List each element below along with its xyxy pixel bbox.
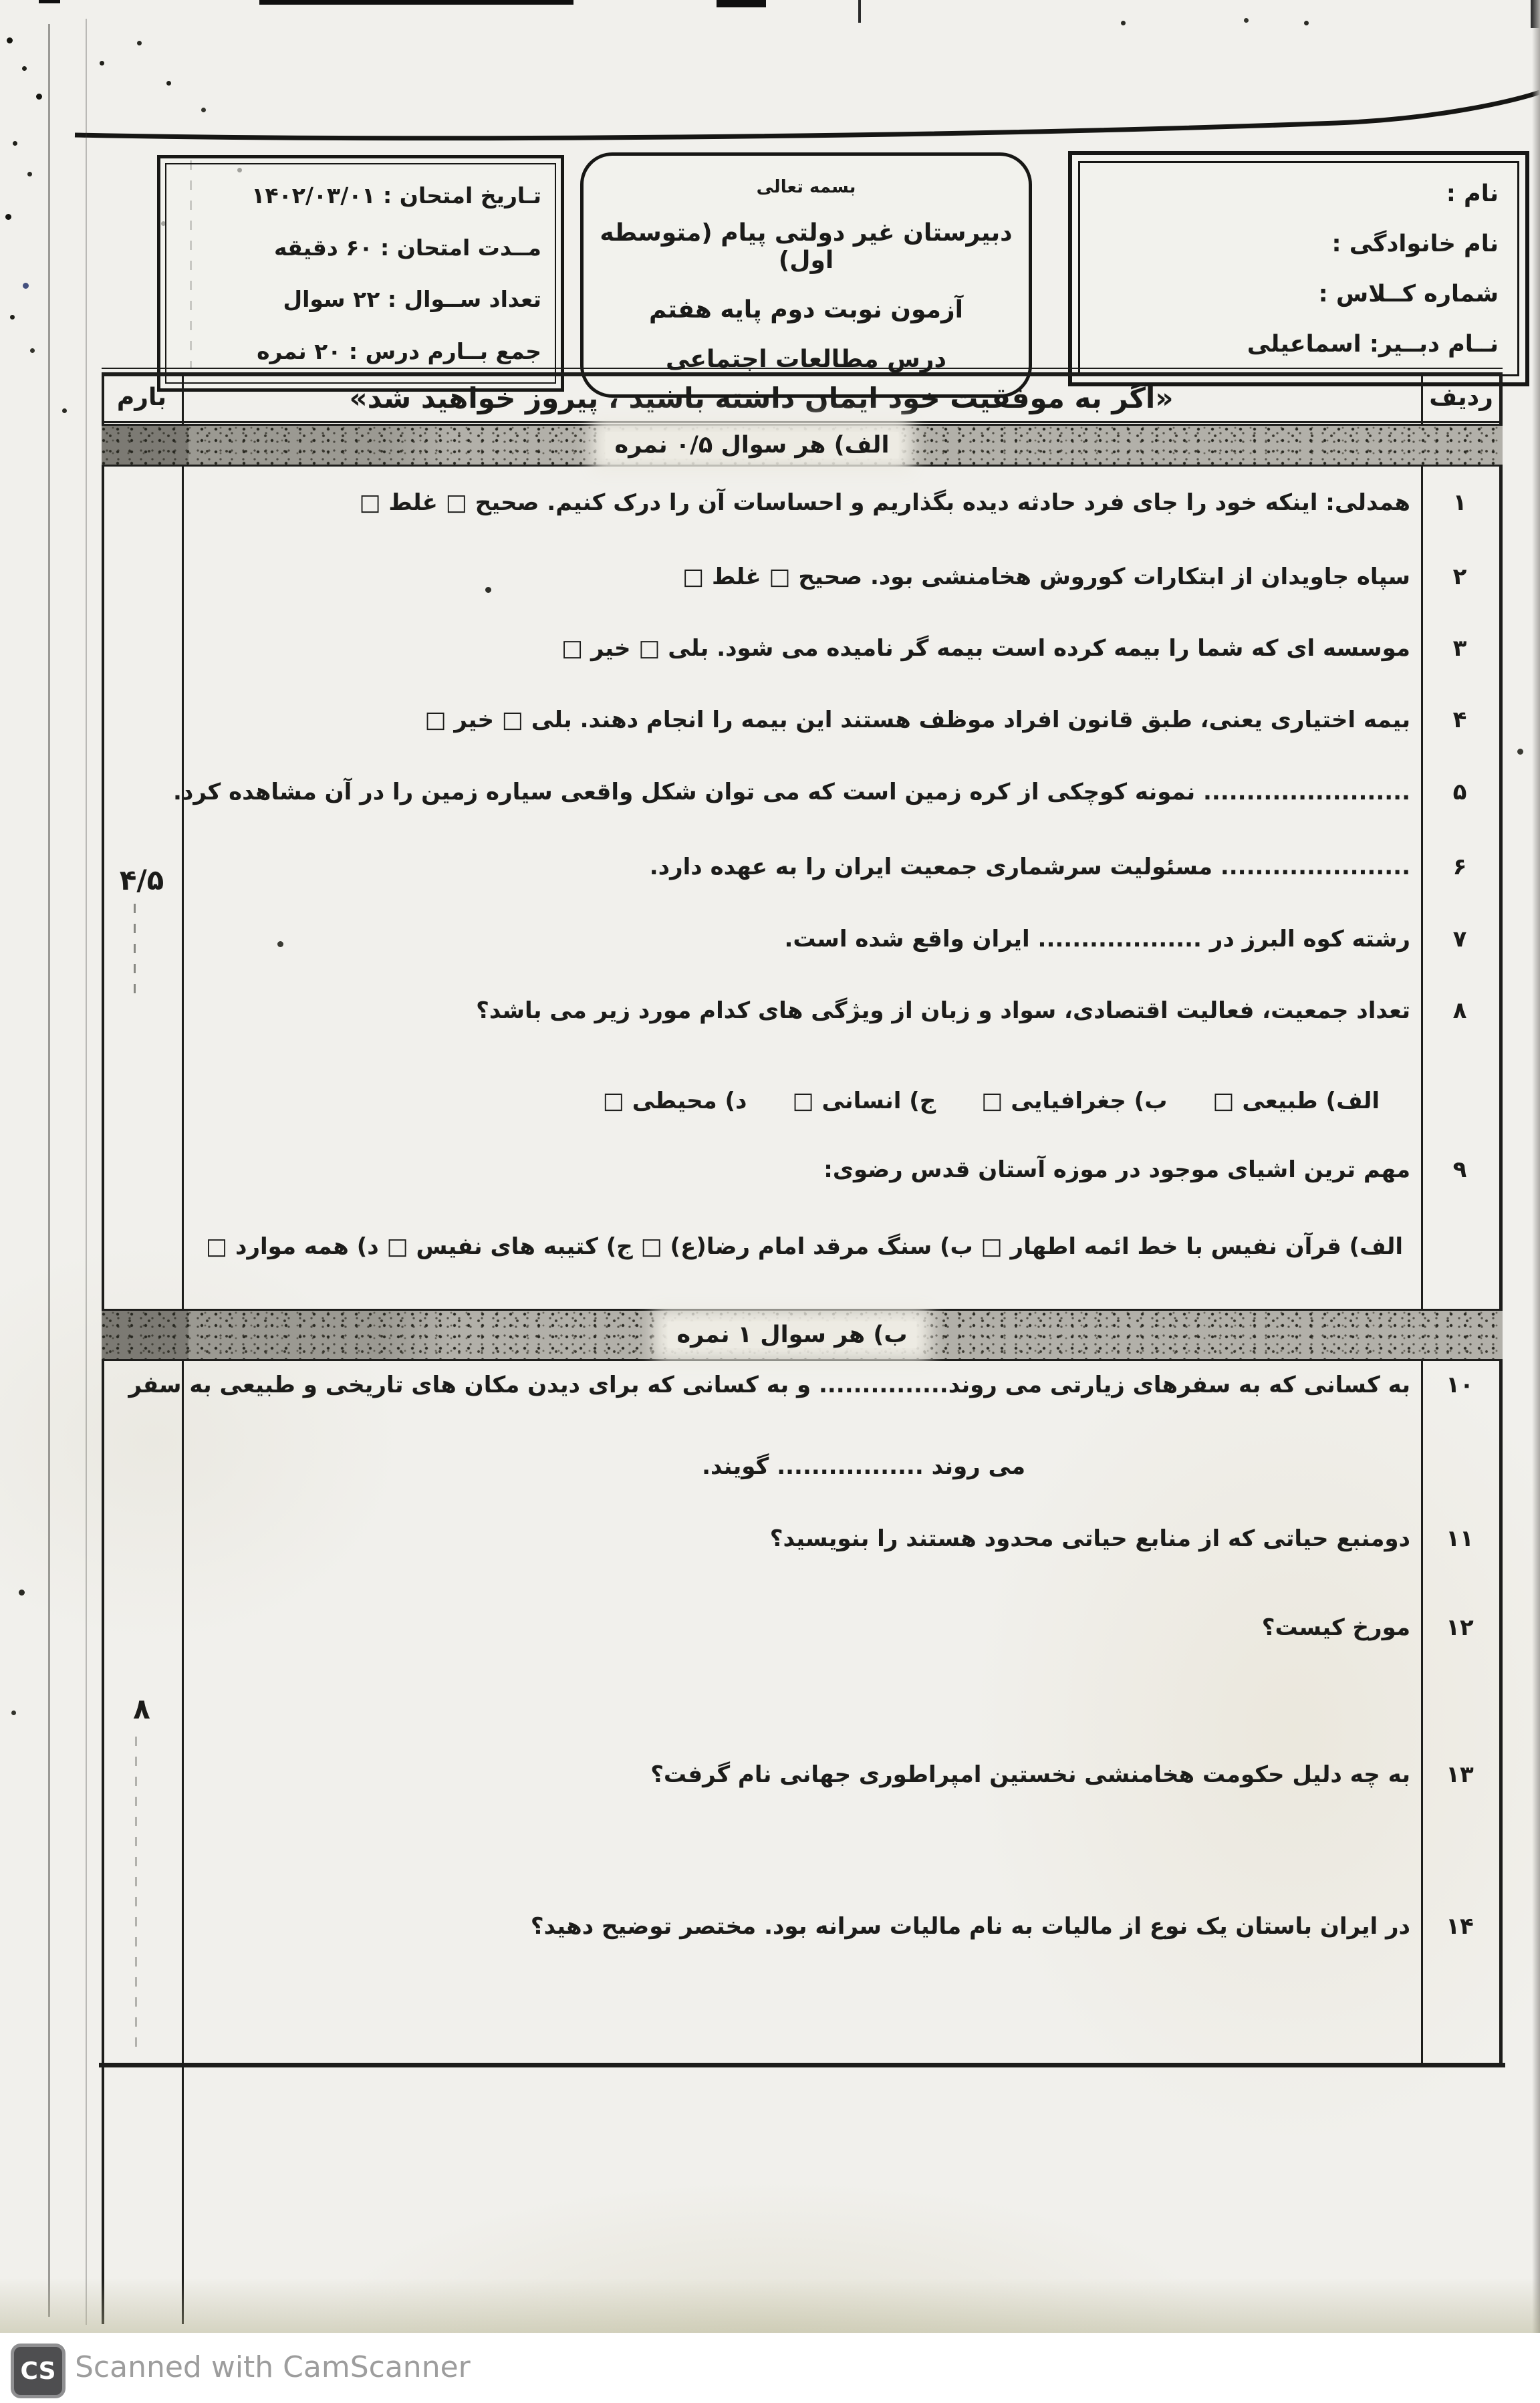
section-a-score: ۴/۵ — [102, 864, 182, 896]
question-8-text: تعداد جمعیت، فعالیت اقتصادی، سواد و زبان… — [476, 997, 1410, 1024]
question-12-number: ۱۲ — [1420, 1614, 1500, 1641]
scan-noise-specks — [0, 0, 3, 3]
table-border — [102, 368, 1503, 369]
scan-edge-mark — [39, 0, 60, 3]
question-8-options: الف) طبیعی □ ب) جغرافیایی □ ج) انسانی □ … — [603, 1088, 1380, 1114]
question-13-text: به چه دلیل حکومت هخامنشی نخستین امپراطور… — [650, 1761, 1410, 1788]
question-8-number: ۸ — [1420, 997, 1500, 1024]
section-a-band: الف) هر سوال ۰/۵ نمره — [102, 424, 1503, 467]
motto-text: «اگر به موفقیت خود ایمان داشته باشید ، پ… — [142, 374, 1381, 421]
section-b-title: ب) هر سوال ۱ نمره — [667, 1321, 916, 1348]
camscanner-bar: CS Scanned with CamScanner — [0, 2333, 1540, 2403]
scan-fold-line — [48, 24, 50, 2317]
camscanner-text: Scanned with CamScanner — [75, 2350, 471, 2384]
class-number-label: شماره کــلاس : — [1099, 281, 1499, 307]
exam-duration: مــدت امتحان : ۶۰ دقیقه — [180, 235, 541, 261]
question-11-text: دومنبع حیاتی که از منابع حیاتی محدود هست… — [770, 1525, 1410, 1552]
section-a-title: الف) هر سوال ۰/۵ نمره — [606, 432, 899, 459]
question-1-text: همدلی: اینکه خود را جای فرد حادثه دیده ب… — [359, 489, 1410, 516]
section-b-score: ۸ — [102, 1692, 182, 1725]
table-border — [1499, 372, 1503, 2065]
scan-right-shadow — [1532, 0, 1540, 2333]
question-5-number: ۵ — [1420, 779, 1500, 805]
school-name: دبیرستان غیر دولتی پیام (متوسطه اول) — [589, 219, 1023, 274]
bismillah-text: بسمه تعالی — [589, 177, 1023, 197]
scan-bottom-shadow — [0, 2278, 1540, 2333]
exam-info-box: تـاریخ امتحان : ۱۴۰۲/۰۳/۰۱ مــدت امتحان … — [157, 155, 564, 392]
exam-question-count: تعداد ســوال : ۲۲ سوال — [180, 286, 541, 312]
question-9-number: ۹ — [1420, 1156, 1500, 1183]
question-10-number: ۱۰ — [1420, 1372, 1500, 1398]
scan-fold-line — [86, 19, 87, 2325]
question-14-text: در ایران باستان یک نوع از مالیات به نام … — [531, 1913, 1410, 1940]
question-1-number: ۱ — [1420, 489, 1500, 516]
scan-edge-mark — [858, 0, 861, 23]
question-7-number: ۷ — [1420, 926, 1500, 953]
table-border — [102, 421, 1503, 423]
question-6-number: ۶ — [1420, 854, 1500, 880]
question-11-number: ۱۱ — [1420, 1525, 1500, 1552]
question-5-text: ........................ نمونه کوچکی از … — [173, 779, 1410, 805]
question-4-number: ۴ — [1420, 707, 1500, 733]
question-3-number: ۳ — [1420, 635, 1500, 662]
teacher-name-label: نــام دبــیر: اسماعیلی — [1099, 331, 1499, 358]
scan-crease-dashed — [135, 1737, 137, 2057]
question-2-number: ۲ — [1420, 563, 1500, 590]
exam-total-score: جمع بــارم درس : ۲۰ نمره — [180, 338, 541, 364]
question-2-text: سپاه جاویدان از ابتکارات کوروش هخامنشی ب… — [682, 563, 1410, 590]
school-title-box: بسمه تعالی دبیرستان غیر دولتی پیام (متوس… — [580, 152, 1032, 398]
table-border — [99, 2063, 1505, 2067]
question-7-text: رشته کوه البرز در ................... ای… — [785, 926, 1410, 953]
question-4-text: بیمه اختیاری یعنی، طبق قانون افراد موظف … — [424, 707, 1410, 733]
question-13-number: ۱۳ — [1420, 1761, 1500, 1788]
question-12-text: مورخ کیست؟ — [1262, 1614, 1410, 1641]
row-column-header: ردیف — [1421, 374, 1501, 421]
camscanner-logo: CS — [11, 2344, 66, 2398]
scanned-exam-page: تـاریخ امتحان : ۱۴۰۲/۰۳/۰۱ مــدت امتحان … — [0, 0, 1540, 2403]
question-14-number: ۱۴ — [1420, 1913, 1500, 1940]
question-9-options: الف) قرآن نفیس با خط ائمه اطهار □ ب) سنگ… — [206, 1233, 1403, 1260]
scan-edge-mark — [259, 0, 573, 5]
student-family-name-label: نام خانوادگی : — [1099, 231, 1499, 257]
student-info-box: نام : نام خانوادگی : شماره کــلاس : نــا… — [1068, 151, 1529, 386]
table-border — [1421, 372, 1423, 2065]
exam-title: آزمون نوبت دوم پایه هفتم — [589, 296, 1023, 324]
scan-top-edge-line — [0, 0, 1540, 160]
student-name-label: نام : — [1099, 180, 1499, 207]
question-10-text: به کسانی که به سفرهای زیارتی می روند....… — [128, 1372, 1410, 1398]
scan-crease-dashed — [134, 904, 136, 997]
question-9-text: مهم ترین اشیای موجود در موزه آستان قدس ر… — [823, 1156, 1410, 1183]
exam-date: تـاریخ امتحان : ۱۴۰۲/۰۳/۰۱ — [180, 182, 541, 209]
question-6-text: ...................... مسئولیت سرشماری ج… — [650, 854, 1410, 880]
section-b-band: ب) هر سوال ۱ نمره — [102, 1309, 1503, 1361]
question-10-text-line2: می روند ................. گویند. — [702, 1453, 1025, 1480]
question-3-text: موسسه ای که شما را بیمه کرده است بیمه گر… — [561, 635, 1410, 662]
scan-edge-mark — [717, 0, 766, 7]
